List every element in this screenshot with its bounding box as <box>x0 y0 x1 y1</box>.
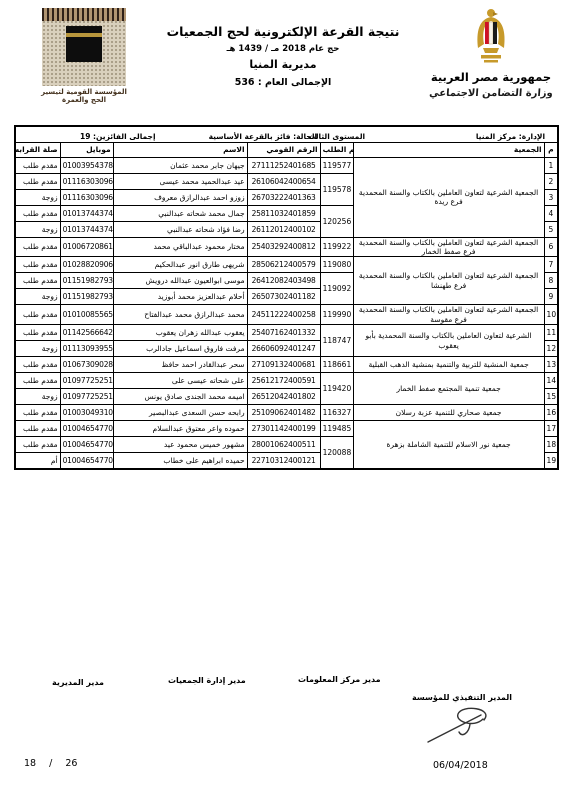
cell-index: 4 <box>544 205 558 221</box>
ministry-name: وزارة التضامن الاجتماعي <box>422 88 561 99</box>
signature-title-associations-manager: مدير إدارة الجمعيات <box>168 676 246 685</box>
column-header: الجمعية <box>353 142 544 157</box>
cell-national-id: 26512042401802 <box>247 389 320 405</box>
column-header: صلة القرابه <box>15 142 60 157</box>
cell-relation: مقدم طلب <box>15 357 60 373</box>
cell-request-number: 118747 <box>320 325 353 357</box>
cell-association: الجمعية الشرعية لتعاون العاملين بالكتاب … <box>353 157 544 237</box>
cell-mobile: 01097725251 <box>60 373 113 389</box>
document-date: 06/04/2018 <box>433 760 488 771</box>
cell-name: موسى ابوالعيون عبدالله درويش <box>113 273 247 289</box>
cell-national-id: 25811032401859 <box>247 205 320 221</box>
cell-mobile: 01151982793 <box>60 273 113 289</box>
cell-index: 6 <box>544 237 558 257</box>
cell-name: مختار محمود عبدالباقي محمد <box>113 237 247 257</box>
cell-relation: زوجة <box>15 289 60 305</box>
cell-relation: مقدم طلب <box>15 405 60 421</box>
cell-relation: مقدم طلب <box>15 157 60 173</box>
table-row: 6الجمعية الشرعية لتعاون العاملين بالكتاب… <box>15 237 558 257</box>
cell-relation: زوجة <box>15 221 60 237</box>
cell-relation: أم <box>15 453 60 469</box>
handwritten-signature <box>424 702 494 754</box>
cell-index: 9 <box>544 289 558 305</box>
signature-title-executive-director: المدير التنفيذي للمؤسسة <box>412 693 512 702</box>
signature-title-information-center-manager: مدير مركز المعلومات <box>298 675 381 684</box>
cell-request-number: 120088 <box>320 437 353 469</box>
cell-national-id: 28001062400511 <box>247 437 320 453</box>
page-title: نتيجة القرعة الإلكترونية لحج الجمعيات <box>143 24 423 39</box>
cell-index: 13 <box>544 357 558 373</box>
cell-name: رابحه حسن السعدى عبدالبصير <box>113 405 247 421</box>
cell-mobile: 01013744374 <box>60 205 113 221</box>
table-header-row: مالجمعيةرقم الطلبالرقم القوميالاسمموبايل… <box>15 142 558 157</box>
cell-association: جمعية صحاري للتنمية عزبة رسلان <box>353 405 544 421</box>
cell-name: حموده واعر معتوق عبدالسلام <box>113 421 247 437</box>
cell-national-id: 27111252401685 <box>247 157 320 173</box>
cell-index: 18 <box>544 437 558 453</box>
cell-relation: مقدم طلب <box>15 305 60 325</box>
table-row: 16جمعية صحاري للتنمية عزبة رسلان11632725… <box>15 405 558 421</box>
cell-national-id: 25612172400591 <box>247 373 320 389</box>
table-row: 17جمعية نور الاسلام للتنمية الشاملة بزهر… <box>15 421 558 437</box>
cell-association: الشرعية لتعاون العاملين بالكتاب والسنة ا… <box>353 325 544 357</box>
results-table-body: 1الجمعية الشرعية لتعاون العاملين بالكتاب… <box>15 157 558 469</box>
page-number: 18 / 26 <box>24 758 77 769</box>
cell-name: على شحاته عيسى على <box>113 373 247 389</box>
cell-association: الجمعية الشرعية لتعاون العاملين بالكتاب … <box>353 305 544 325</box>
cell-association: جمعية تنمية المجتمع صفط الخمار <box>353 373 544 405</box>
cell-mobile: 01003049310 <box>60 405 113 421</box>
table-row: 10الجمعية الشرعية لتعاون العاملين بالكتا… <box>15 305 558 325</box>
cell-national-id: 28506212400579 <box>247 257 320 273</box>
cell-index: 2 <box>544 173 558 189</box>
cell-name: رضا فؤاد شحاته عبدالنبي <box>113 221 247 237</box>
cell-relation: مقدم طلب <box>15 325 60 341</box>
cell-index: 8 <box>544 273 558 289</box>
cell-mobile: 01116303096 <box>60 189 113 205</box>
cell-association: الجمعية الشرعية لتعاون العاملين بالكتاب … <box>353 257 544 305</box>
cell-request-number: 119577 <box>320 157 353 173</box>
cell-request-number: 119922 <box>320 237 353 257</box>
cell-request-number: 119420 <box>320 373 353 405</box>
cell-mobile: 01113093955 <box>60 341 113 357</box>
cell-relation: مقدم طلب <box>15 205 60 221</box>
cell-relation: مقدم طلب <box>15 173 60 189</box>
cell-national-id: 26606092401247 <box>247 341 320 357</box>
results-table: الإدارة: مركز المنيا المستوى الثالث الحا… <box>14 125 559 470</box>
status-label: الحالة: فائز بالقرعة الأساسية <box>209 132 318 141</box>
cell-name: زوزو احمد عبدالرازق معروف <box>113 189 247 205</box>
cell-name: شريهى طارق انور عبدالحكيم <box>113 257 247 273</box>
cell-mobile: 01142566642 <box>60 325 113 341</box>
winners-total-label: إجمالى الفائزين: 19 <box>80 132 156 141</box>
cell-mobile: 01004654770 <box>60 437 113 453</box>
cell-relation: مقدم طلب <box>15 421 60 437</box>
cell-national-id: 26106042400654 <box>247 173 320 189</box>
cell-national-id: 26112012400102 <box>247 221 320 237</box>
cell-relation: مقدم طلب <box>15 273 60 289</box>
cell-mobile: 01151982793 <box>60 289 113 305</box>
cell-national-id: 25109062401482 <box>247 405 320 421</box>
cell-index: 16 <box>544 405 558 421</box>
cell-name: عيد عبدالحميد محمد عيسى <box>113 173 247 189</box>
cell-index: 5 <box>544 221 558 237</box>
cell-name: جمال محمد شحاته عبدالنبي <box>113 205 247 221</box>
cell-national-id: 26703222401363 <box>247 189 320 205</box>
cell-national-id: 27109132400681 <box>247 357 320 373</box>
cell-association: الجمعية الشرعية لتعاون العاملين بالكتاب … <box>353 237 544 257</box>
hajj-foundation-logo: المؤسسة القومية لتيسير الحج والعمرة <box>36 8 132 104</box>
administration-label: الإدارة: مركز المنيا <box>476 132 545 141</box>
cell-national-id: 22710312400121 <box>247 453 320 469</box>
cell-relation: مقدم طلب <box>15 437 60 453</box>
table-row: 1الجمعية الشرعية لتعاون العاملين بالكتاب… <box>15 157 558 173</box>
cell-relation: مقدم طلب <box>15 237 60 257</box>
cell-relation: مقدم طلب <box>15 257 60 273</box>
cell-index: 14 <box>544 373 558 389</box>
foundation-caption: المؤسسة القومية لتيسير الحج والعمرة <box>36 89 132 104</box>
table-info-row: الإدارة: مركز المنيا المستوى الثالث الحا… <box>15 126 558 142</box>
cell-association: جمعية نور الاسلام للتنمية الشاملة بزهرة <box>353 421 544 469</box>
table-row: 11الشرعية لتعاون العاملين بالكتاب والسنة… <box>15 325 558 341</box>
cell-name: حميده ابراهيم على خطاب <box>113 453 247 469</box>
cell-index: 15 <box>544 389 558 405</box>
cell-index: 10 <box>544 305 558 325</box>
table-row: 14جمعية تنمية المجتمع صفط الخمار11942025… <box>15 373 558 389</box>
cell-relation: مقدم طلب <box>15 373 60 389</box>
column-header: رقم الطلب <box>320 142 353 157</box>
cell-request-number: 119485 <box>320 421 353 437</box>
cell-index: 3 <box>544 189 558 205</box>
cell-request-number: 120256 <box>320 205 353 237</box>
cell-mobile: 01003954378 <box>60 157 113 173</box>
cell-national-id: 26507302401182 <box>247 289 320 305</box>
cell-national-id: 27301142400199 <box>247 421 320 437</box>
cell-name: سحر عبدالقادر احمد حافظ <box>113 357 247 373</box>
cell-national-id: 24511222400258 <box>247 305 320 325</box>
cell-index: 17 <box>544 421 558 437</box>
cell-name: محمد عبدالرازق محمد عبدالفتاح <box>113 305 247 325</box>
cell-name: مرفت فاروق اسماعيل جادالرب <box>113 341 247 357</box>
cell-request-number: 119080 <box>320 257 353 273</box>
mosque-facade-icon <box>42 8 126 21</box>
grand-total-label: الإجمالى العام : 536 <box>143 77 423 88</box>
cell-mobile: 01004654770 <box>60 421 113 437</box>
cell-mobile: 01028820906 <box>60 257 113 273</box>
cell-mobile: 01116303096 <box>60 173 113 189</box>
cell-index: 7 <box>544 257 558 273</box>
document-page: المؤسسة القومية لتيسير الحج والعمرة نتيج… <box>0 0 566 800</box>
cell-name: يعقوب عبدالله زهران يعقوب <box>113 325 247 341</box>
cell-mobile: 01097725251 <box>60 389 113 405</box>
cell-name: أحلام عبدالعزيز محمد أبوزيد <box>113 289 247 305</box>
kaaba-photo-icon <box>42 8 126 86</box>
column-header: الرقم القومي <box>247 142 320 157</box>
kaaba-cube-icon <box>66 26 102 62</box>
cell-name: مشهور خميس محمود عيد <box>113 437 247 453</box>
cell-index: 1 <box>544 157 558 173</box>
cell-association: جمعية المنشية للتربية والتنمية بمنشية ال… <box>353 357 544 373</box>
cell-index: 11 <box>544 325 558 341</box>
title-block: نتيجة القرعة الإلكترونية لحج الجمعيات حج… <box>143 24 423 88</box>
cell-request-number: 119990 <box>320 305 353 325</box>
cell-mobile: 01004654770 <box>60 453 113 469</box>
directorate-name: مديرية المنيا <box>143 58 423 71</box>
cell-request-number: 119578 <box>320 173 353 205</box>
signature-title-directorate-manager: مدير المديرية <box>52 678 104 687</box>
cell-national-id: 25407162401332 <box>247 325 320 341</box>
cell-request-number: 118661 <box>320 357 353 373</box>
cell-relation: زوجة <box>15 189 60 205</box>
cell-mobile: 01010085565 <box>60 305 113 325</box>
column-header: موبايل <box>60 142 113 157</box>
cell-relation: زوجة <box>15 389 60 405</box>
cell-national-id: 25403292400812 <box>247 237 320 257</box>
cell-index: 12 <box>544 341 558 357</box>
egypt-eagle-icon <box>469 6 513 66</box>
ministry-logo-block: جمهورية مصر العربية وزارة التضامن الاجتم… <box>422 6 560 99</box>
cell-mobile: 01006720861 <box>60 237 113 257</box>
cell-request-number: 119092 <box>320 273 353 305</box>
cell-relation: زوجة <box>15 341 60 357</box>
cell-mobile: 01013744374 <box>60 221 113 237</box>
country-name: جمهورية مصر العربية <box>422 70 560 84</box>
cell-name: جيهان جابر محمد عثمان <box>113 157 247 173</box>
table-row: 7الجمعية الشرعية لتعاون العاملين بالكتاب… <box>15 257 558 273</box>
cell-mobile: 01067309028 <box>60 357 113 373</box>
cell-name: اميمه محمد الجندى صادق يونس <box>113 389 247 405</box>
column-header: الاسم <box>113 142 247 157</box>
table-row: 13جمعية المنشية للتربية والتنمية بمنشية … <box>15 357 558 373</box>
cell-national-id: 26412082403498 <box>247 273 320 289</box>
cell-index: 19 <box>544 453 558 469</box>
hajj-year-line: حج عام 2018 مـ / 1439 هـ <box>143 44 423 54</box>
cell-request-number: 116327 <box>320 405 353 421</box>
column-header: م <box>544 142 558 157</box>
